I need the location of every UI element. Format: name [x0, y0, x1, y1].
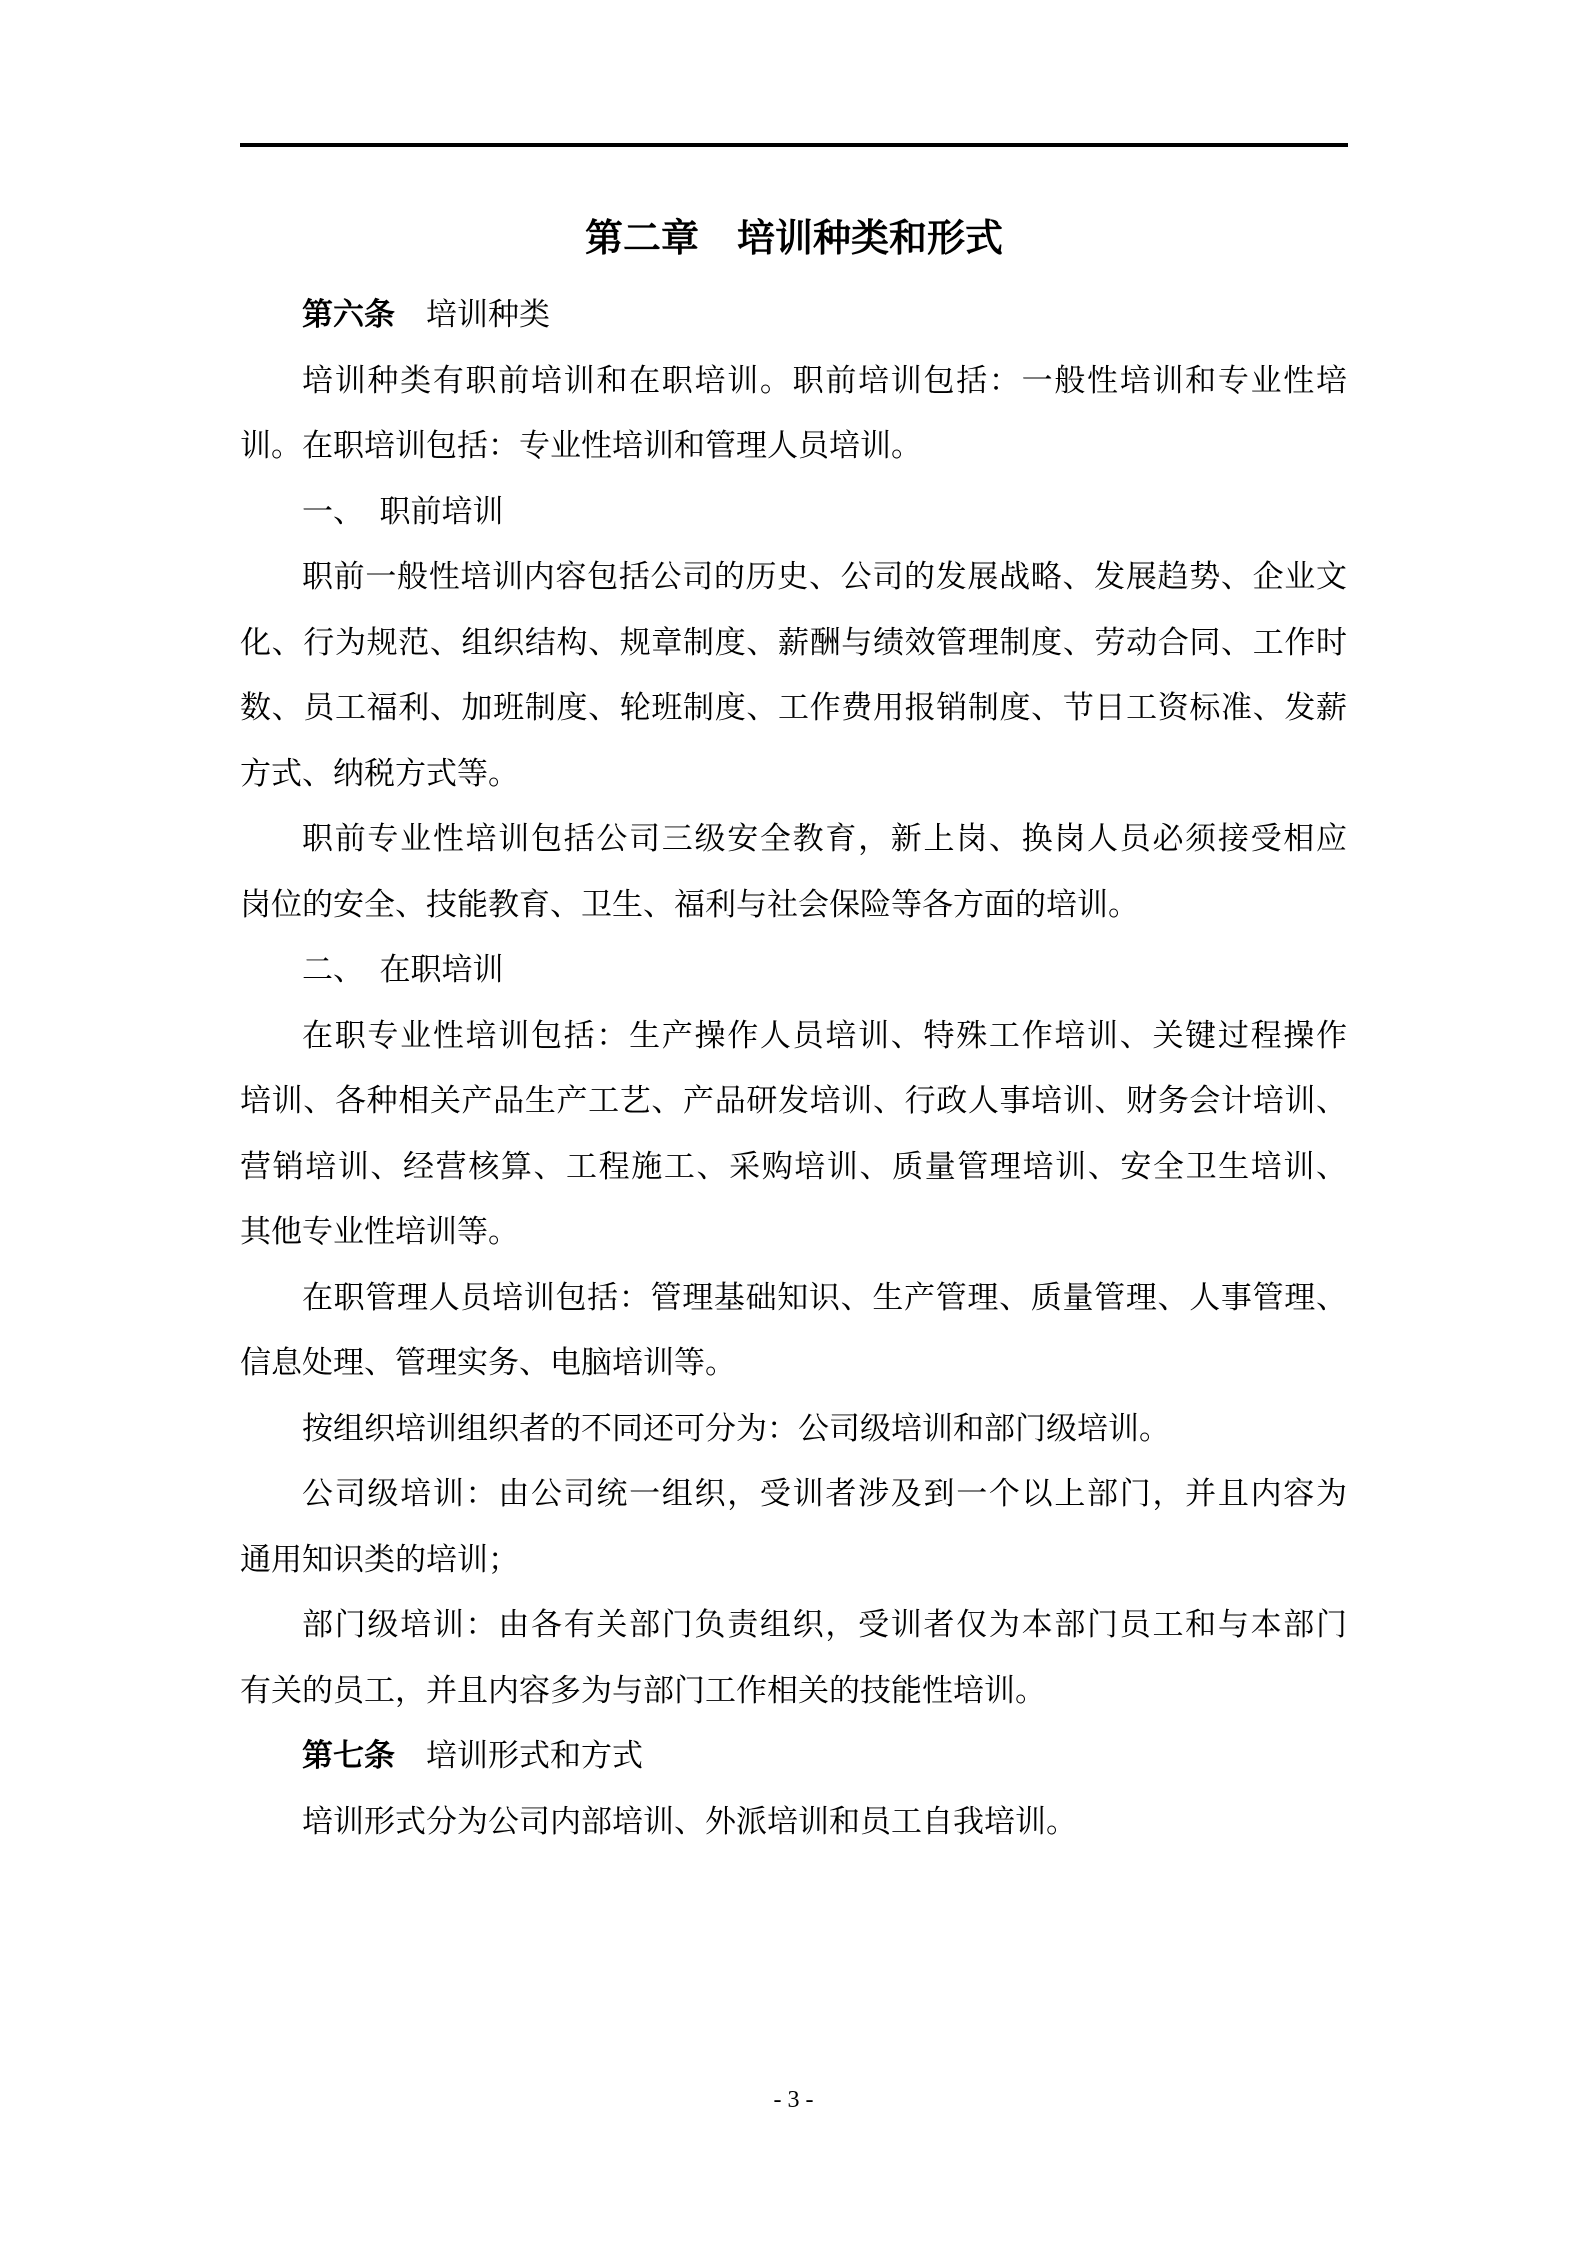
- text-line: 训。在职培训包括：专业性培训和管理人员培训。: [240, 413, 1347, 479]
- text-line: 在职管理人员培训包括：管理基础知识、生产管理、质量管理、人事管理、: [240, 1265, 1347, 1331]
- document-page: 第二章 培训种类和形式 第六条 培训种类培训种类有职前培训和在职培训。职前培训包…: [0, 0, 1587, 2245]
- text-line: 一、 职前培训: [240, 479, 1347, 545]
- text-line: 其他专业性培训等。: [240, 1199, 1347, 1265]
- header-rule: [240, 143, 1348, 147]
- text-line: 职前一般性培训内容包括公司的历史、公司的发展战略、发展趋势、企业文: [240, 544, 1347, 610]
- text-line: 第六条 培训种类: [240, 282, 1347, 348]
- text-line: 职前专业性培训包括公司三级安全教育，新上岗、换岗人员必须接受相应: [240, 806, 1347, 872]
- text-line: 岗位的安全、技能教育、卫生、福利与社会保险等各方面的培训。: [240, 872, 1347, 938]
- text-line: 方式、纳税方式等。: [240, 741, 1347, 807]
- text-line: 信息处理、管理实务、电脑培训等。: [240, 1330, 1347, 1396]
- text-line: 营销培训、经营核算、工程施工、采购培训、质量管理培训、安全卫生培训、: [240, 1134, 1347, 1200]
- text-line: 化、行为规范、组织结构、规章制度、薪酬与绩效管理制度、劳动合同、工作时: [240, 610, 1347, 676]
- text-line: 公司级培训：由公司统一组织，受训者涉及到一个以上部门，并且内容为: [240, 1461, 1347, 1527]
- text-line: 部门级培训：由各有关部门负责组织，受训者仅为本部门员工和与本部门: [240, 1592, 1347, 1658]
- text-line: 二、 在职培训: [240, 937, 1347, 1003]
- text-line: 培训种类有职前培训和在职培训。职前培训包括：一般性培训和专业性培: [240, 348, 1347, 414]
- chapter-title: 第二章 培训种类和形式: [240, 209, 1348, 269]
- document-body: 第六条 培训种类培训种类有职前培训和在职培训。职前培训包括：一般性培训和专业性培…: [240, 282, 1347, 1854]
- text-line: 通用知识类的培训；: [240, 1527, 1347, 1593]
- text-line: 培训、各种相关产品生产工艺、产品研发培训、行政人事培训、财务会计培训、: [240, 1068, 1347, 1134]
- text-line: 培训形式分为公司内部培训、外派培训和员工自我培训。: [240, 1789, 1347, 1855]
- text-line: 第七条 培训形式和方式: [240, 1723, 1347, 1789]
- page-number: - 3 -: [0, 2084, 1587, 2116]
- text-line: 按组织培训组织者的不同还可分为：公司级培训和部门级培训。: [240, 1396, 1347, 1462]
- text-line: 在职专业性培训包括：生产操作人员培训、特殊工作培训、关键过程操作: [240, 1003, 1347, 1069]
- text-line: 数、员工福利、加班制度、轮班制度、工作费用报销制度、节日工资标准、发薪: [240, 675, 1347, 741]
- article-number-label: 第六条: [302, 297, 395, 332]
- text-line: 有关的员工，并且内容多为与部门工作相关的技能性培训。: [240, 1658, 1347, 1724]
- article-number-label: 第七条: [302, 1738, 395, 1773]
